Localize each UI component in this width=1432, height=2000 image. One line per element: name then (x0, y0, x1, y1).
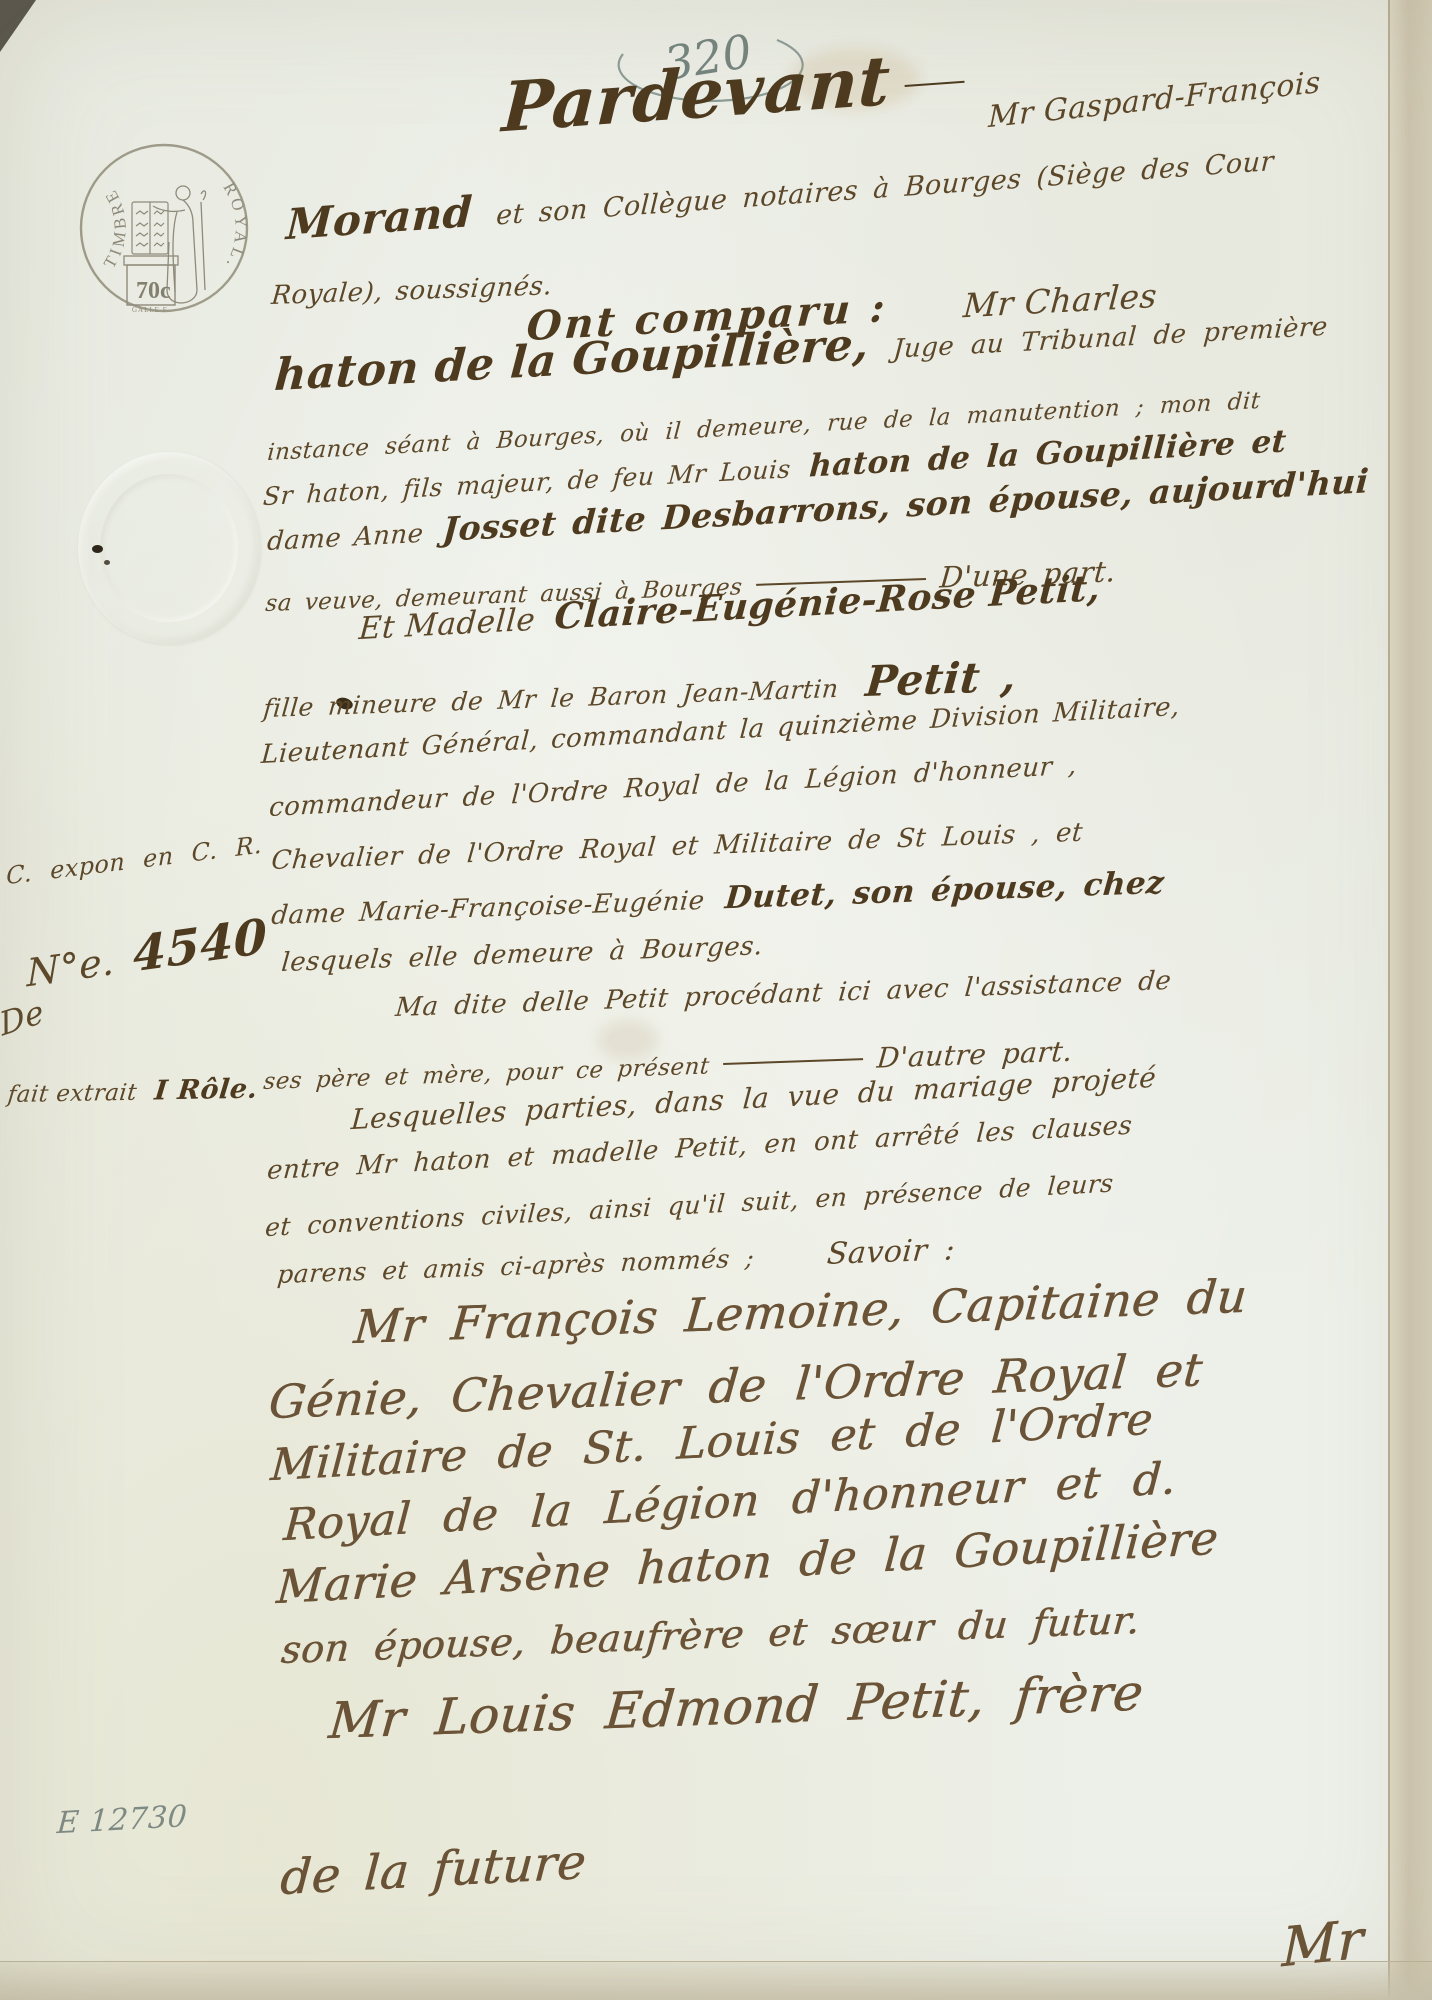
manuscript-line: de la future (279, 1834, 587, 1906)
ink-blot (92, 545, 103, 553)
margin-note-extract: fait extrait I Rôle. (7, 1074, 257, 1109)
manuscript-line: Royale), soussignés. (271, 271, 553, 311)
manuscript-line: et conventions civiles, ainsi qu'il suit… (264, 1169, 1114, 1242)
archival-code: E 12730 (56, 1799, 188, 1841)
manuscript-line: Mr Gaspard-François (986, 65, 1322, 135)
embossed-dry-seal (78, 452, 260, 644)
page-right-edge (1388, 0, 1432, 2000)
stamp-engraver: GALLE F. (132, 306, 170, 314)
svg-text:TIMBRE: TIMBRE (100, 184, 131, 271)
manuscript-line: Chevalier de l'Ordre Royal et Militaire … (271, 818, 1083, 876)
page-bottom-edge (0, 1961, 1432, 2000)
svg-text:ROYAL.: ROYAL. (219, 179, 250, 274)
filler-dash (724, 1058, 864, 1065)
stamp-value: 70c (136, 278, 171, 304)
ink-blot (104, 560, 110, 565)
manuscript-line: lesquels elle demeure à Bourges. (281, 931, 763, 978)
margin-note-de: De (0, 993, 49, 1043)
stamp-arc-right-label: ROYAL. (219, 179, 250, 274)
flourish-dash (905, 81, 965, 87)
catchword: Mr (1278, 1908, 1366, 1979)
manuscript-page: 320 TIMBRE ROYAL. (0, 0, 1432, 2000)
margin-note-registration: C. expon en C. R. (5, 831, 264, 890)
scan-corner-shadow (0, 0, 36, 52)
manuscript-line: Morand et son Collègue notaires à Bourge… (285, 131, 1276, 249)
timbre-royal-stamp: TIMBRE ROYAL. 70c GALLE F. (76, 140, 252, 316)
manuscript-line: Mr Louis Edmond Petit, frère (328, 1664, 1144, 1750)
stamp-pedestal: 70c GALLE F. (124, 256, 178, 314)
margin-note-number: N°e. 4540 (22, 909, 271, 998)
manuscript-line: Pardevant (499, 35, 980, 148)
manuscript-line: son épouse, beaufrère et sœur du futur. (280, 1598, 1140, 1672)
stamp-arc-left-label: TIMBRE (100, 184, 131, 271)
manuscript-line: dame Marie-Françoise-Eugénie Dutet, son … (271, 865, 1165, 932)
manuscript-line: Ma dite delle Petit procédant ici avec l… (395, 966, 1172, 1023)
